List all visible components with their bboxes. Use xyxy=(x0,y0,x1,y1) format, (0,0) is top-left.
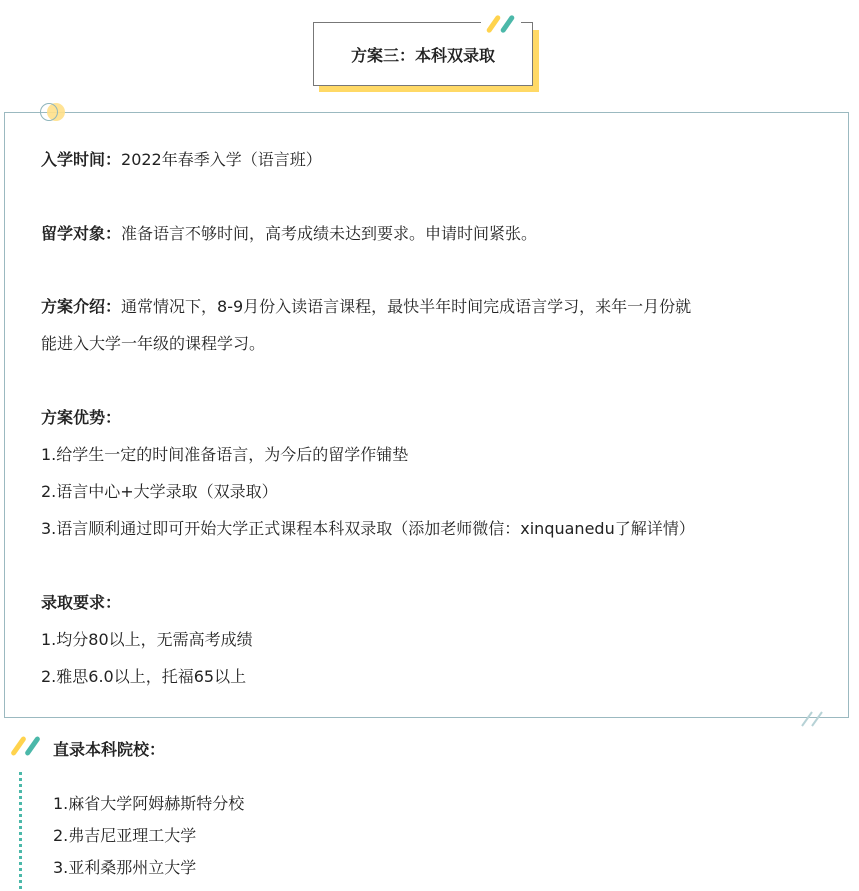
plan-card xyxy=(4,112,849,718)
university-item: 3.亚利桑那州立大学 xyxy=(53,855,196,878)
universities-heading: 直录本科院校： xyxy=(53,737,165,760)
requirement-item: 1.均分80以上，无需高考成绩 xyxy=(41,630,253,650)
target-students: 留学对象：准备语言不够时间，高考成绩未达到要求。申请时间紧张。 xyxy=(41,224,537,244)
section-title: 方案三：本科双录取 xyxy=(313,22,533,86)
university-item: 2.弗吉尼亚理工大学 xyxy=(53,823,196,846)
plan-intro: 方案介绍：通常情况下，8-9月份入读语言课程，最快半年时间完成语言学习，来年一月… xyxy=(41,297,691,317)
requirements-heading: 录取要求： xyxy=(41,593,121,613)
advantages-heading: 方案优势： xyxy=(41,408,121,428)
dotted-line xyxy=(19,772,22,890)
advantage-item: 3.语言顺利通过即可开始大学正式课程本科双录取（添加老师微信：xinquaned… xyxy=(41,519,695,539)
double-slash-icon xyxy=(800,710,826,728)
advantage-item: 1.给学生一定的时间准备语言，为今后的留学作铺垫 xyxy=(41,445,408,465)
circle-outline-icon xyxy=(40,103,58,121)
plan-intro-cont: 能进入大学一年级的课程学习。 xyxy=(41,334,265,354)
university-item: 1.麻省大学阿姆赫斯特分校 xyxy=(53,791,244,814)
title-text: 方案三：本科双录取 xyxy=(351,43,495,66)
advantage-item: 2.语言中心+大学录取（双录取） xyxy=(41,482,278,502)
teal-slash-icon xyxy=(24,736,41,757)
requirement-item: 2.雅思6.0以上，托福65以上 xyxy=(41,667,246,687)
enroll-time: 入学时间：2022年春季入学（语言班） xyxy=(41,150,322,170)
